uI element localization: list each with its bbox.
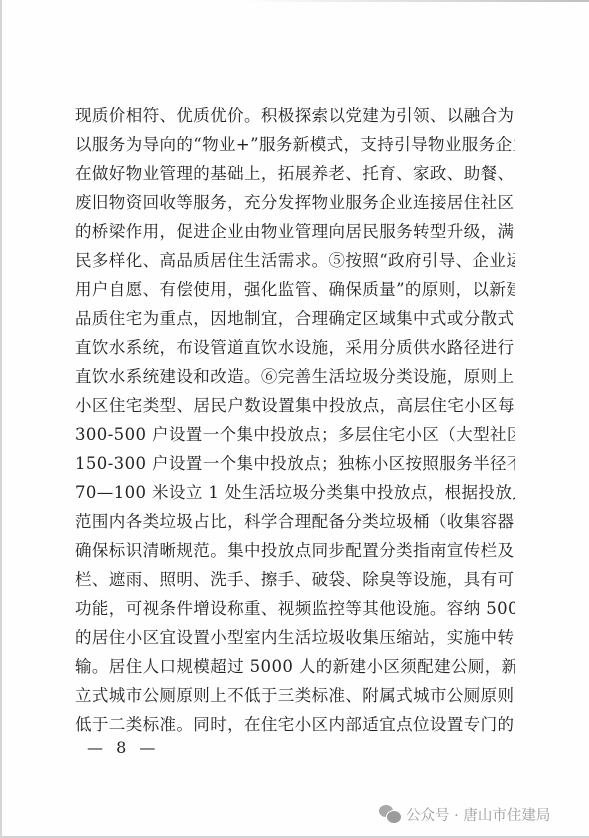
- watermark: 公众号 · 唐山市住建局: [379, 802, 550, 826]
- text-line: 150-300 户设置一个集中投放点；独栋小区按照服务半径不大于: [75, 449, 515, 478]
- text-line: 立式城市公厕原则上不低于三类标准、附属式城市公厕原则上不: [75, 681, 515, 710]
- page-edge-shadow: [242, 0, 589, 2]
- text-line: 300-500 户设置一个集中投放点；多层住宅小区（大型社区）每: [75, 420, 515, 449]
- page-number: — 8 —: [87, 738, 159, 757]
- text-line: 70—100 米设立 1 处生活垃圾分类集中投放点，根据投放点服务: [75, 478, 515, 507]
- wechat-icon: [379, 805, 401, 823]
- text-line: 功能，可视条件增设称重、视频监控等其他设施。容纳 5000 人: [75, 594, 515, 623]
- text-line: 在做好物业管理的基础上，拓展养老、托育、家政、助餐、配送、: [75, 159, 515, 188]
- text-line: 现质价相符、优质优价。积极探索以党建为引领、以融合为突破、: [75, 101, 515, 130]
- text-line: 的桥梁作用，促进企业由物业管理向居民服务转型升级，满足居: [75, 217, 515, 246]
- text-line: 直饮水系统，布设管道直饮水设施，采用分质供水路径进行管道: [75, 333, 515, 362]
- text-line: 品质住宅为重点，因地制宜，合理确定区域集中式或分散式管道: [75, 304, 515, 333]
- text-line: 废旧物资回收等服务，充分发挥物业服务企业连接居住社区内外: [75, 188, 515, 217]
- text-line: 用户自愿、有偿使用，强化监管、确保质量”的原则，以新建高: [75, 275, 515, 304]
- watermark-text: 公众号 · 唐山市住建局: [406, 804, 550, 825]
- document-body: 现质价相符、优质优价。积极探索以党建为引领、以融合为突破、 以服务为导向的“物业…: [75, 101, 515, 739]
- text-line: 栏、遮雨、照明、洗手、擦手、破袋、除臭等设施，具有可封闭: [75, 565, 515, 594]
- text-line: 低于二类标准。同时，在住宅小区内部适宜点位设置专门的装修: [75, 710, 515, 739]
- text-line: 的居住小区宜设置小型室内生活垃圾收集压缩站，实施中转运: [75, 623, 515, 652]
- text-line: 小区住宅类型、居民户数设置集中投放点，高层住宅小区每: [75, 391, 515, 420]
- text-line: 以服务为导向的“物业+”服务新模式，支持引导物业服务企业: [75, 130, 515, 159]
- text-line: 范围内各类垃圾占比，科学合理配备分类垃圾桶（收集容器），: [75, 507, 515, 536]
- document-page: 现质价相符、优质优价。积极探索以党建为引领、以融合为突破、 以服务为导向的“物业…: [0, 0, 589, 838]
- text-line: 确保标识清晰规范。集中投放点同步配置分类指南宣传栏及公示: [75, 536, 515, 565]
- text-line: 直饮水系统建设和改造。⑥完善生活垃圾分类设施，原则上按照: [75, 362, 515, 391]
- text-line: 输。居住人口规模超过 5000 人的新建小区须配建公厕，新建独: [75, 652, 515, 681]
- text-line: 民多样化、高品质居住生活需求。⑤按照“政府引导、企业运营，: [75, 246, 515, 275]
